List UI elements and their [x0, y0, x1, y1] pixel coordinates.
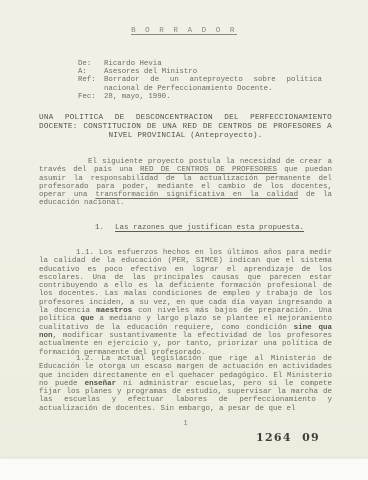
paragraph-text: 1.1. Los esfuerzos hechos en los últimos…: [39, 249, 332, 315]
page-number: 1: [39, 420, 332, 428]
memo-field-value: Borrador de un anteproyecto sobre políti…: [104, 76, 322, 92]
memo-field-value: 28, mayo, 1990.: [104, 93, 322, 101]
memo-field-to: A:Asesores del Ministro: [78, 68, 324, 76]
section-1-heading: 1.Las razones que justifican esta propue…: [95, 224, 304, 232]
archive-stamp-number: 1264 09: [256, 431, 320, 444]
memo-header: De:Ricardo Hevia A:Asesores del Ministro…: [78, 60, 324, 101]
bold-text-maestros: maestros: [96, 307, 132, 315]
memo-field-label: Fec:: [78, 93, 104, 101]
red-de-centros-underlined-text: RED DE CENTROS DE PROFESORES: [140, 166, 277, 174]
memo-field-date: Fec:28, mayo, 1990.: [78, 93, 324, 101]
memo-field-label: De:: [78, 60, 104, 68]
section-number: 1.: [95, 224, 104, 232]
memo-field-value: Ricardo Hevia: [104, 60, 322, 68]
bold-text-ensenar: enseñar: [85, 380, 117, 388]
paragraph-1-1: 1.1. Los esfuerzos hechos en los últimos…: [39, 249, 332, 357]
paragraph-1-2: 1.2. La actual legislación que rige al M…: [39, 355, 332, 413]
memo-field-label: A:: [78, 68, 104, 76]
section-title-text: Las razones que justifican esta propuest…: [115, 224, 304, 232]
document-title: UNA POLITICA DE DESCONCENTRACION DEL PER…: [39, 114, 332, 142]
paragraph-text: , modificar sustantivamente la efectivid…: [39, 332, 332, 357]
memo-field-value: Asesores del Ministro: [104, 68, 322, 76]
transformacion-underlined-text: transformación significativa en la calid…: [95, 191, 298, 199]
intro-paragraph: El siguiente proyecto postula la necesid…: [39, 158, 332, 208]
document-page: B O R R A D O R De:Ricardo Hevia A:Aseso…: [0, 0, 368, 457]
memo-field-from: De:Ricardo Hevia: [78, 60, 324, 68]
memo-field-label: Ref:: [78, 76, 104, 92]
memo-field-ref: Ref:Borrador de un anteproyecto sobre po…: [78, 76, 324, 92]
draft-watermark-label: B O R R A D O R: [0, 27, 368, 35]
bold-text-que: que: [80, 315, 94, 323]
